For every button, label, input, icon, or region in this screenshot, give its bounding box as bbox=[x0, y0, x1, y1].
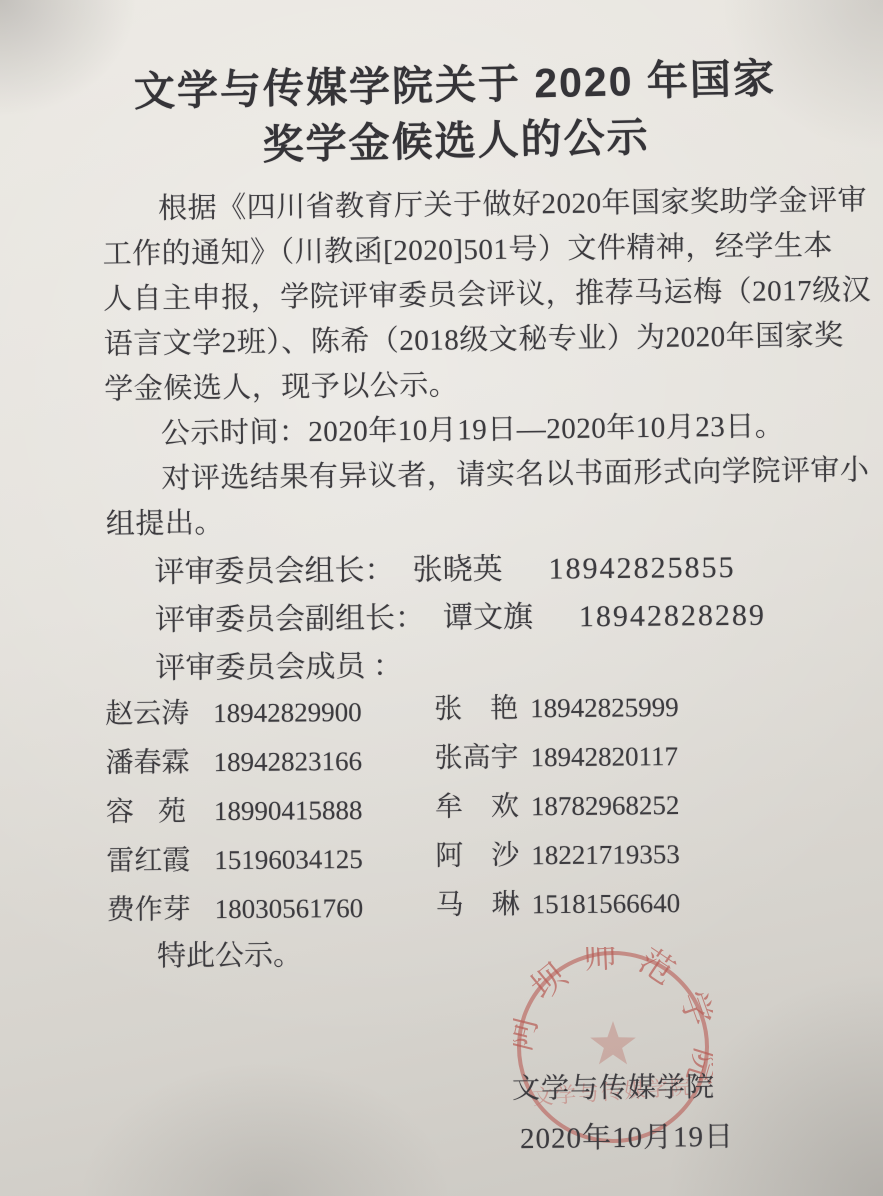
member-phone: 18942820117 bbox=[530, 741, 678, 772]
chair-phone: 18942825855 bbox=[548, 551, 735, 586]
member-name: 容苑 bbox=[106, 788, 186, 837]
member-name: 张高宇 bbox=[434, 734, 518, 783]
member-name: 张艳 bbox=[434, 685, 518, 734]
vice-chair-phone: 18942828289 bbox=[579, 599, 766, 634]
member-phone: 18942829900 bbox=[213, 697, 362, 728]
member-row: 阿沙18221719353 bbox=[435, 830, 680, 881]
objection-line-2: 组提出。 bbox=[106, 494, 854, 548]
member-name: 马琳 bbox=[436, 881, 520, 930]
member-row: 张艳18942825999 bbox=[434, 683, 679, 734]
committee-vice-chair-row: 评审委员会副组长：谭文旗18942828289 bbox=[155, 591, 855, 645]
member-row: 牟欢18782968252 bbox=[435, 781, 680, 832]
member-phone: 15196034125 bbox=[214, 844, 363, 875]
member-row: 雷红霞15196034125 bbox=[106, 835, 363, 886]
members-right-column: 张艳18942825999 张高宇18942820117 牟欢187829682… bbox=[434, 683, 680, 930]
member-phone: 18942825999 bbox=[530, 692, 679, 723]
member-row: 容苑18990415888 bbox=[106, 786, 363, 837]
committee-chair-row: 评审委员会组长：张晓英18942825855 bbox=[154, 543, 854, 597]
body-paragraphs: 根据《四川省教育厅关于做好2020年国家奖助学金评审 工作的通知》（川教函[20… bbox=[102, 179, 854, 548]
member-name: 牟欢 bbox=[435, 783, 519, 832]
objection-line-1: 对评选结果有异议者，请实名以书面形式向学院评审小 bbox=[105, 449, 853, 503]
member-name: 潘春霖 bbox=[105, 739, 185, 788]
member-row: 赵云涛18942829900 bbox=[105, 688, 362, 739]
vice-chair-name: 谭文旗 bbox=[443, 601, 533, 635]
closing-line: 特此公示。 bbox=[157, 932, 302, 974]
member-phone: 18221719353 bbox=[531, 839, 680, 870]
member-name: 雷红霞 bbox=[106, 837, 186, 886]
member-row: 张高宇18942820117 bbox=[434, 732, 679, 783]
member-name: 阿沙 bbox=[435, 832, 519, 881]
chair-name: 张晓英 bbox=[412, 553, 502, 587]
member-phone: 18990415888 bbox=[214, 795, 363, 826]
seal-ring bbox=[519, 953, 707, 1141]
seal-star-icon bbox=[590, 1021, 636, 1064]
body-text-line: 语言文学2班）、陈希（2018级文秘专业）为2020年国家奖 bbox=[103, 314, 851, 368]
member-name: 赵云涛 bbox=[105, 690, 185, 739]
member-row: 马琳15181566640 bbox=[436, 879, 681, 930]
member-row: 费作芽18030561760 bbox=[107, 884, 364, 935]
signature-date: 2020年10月19日 bbox=[520, 1114, 734, 1157]
members-left-column: 赵云涛18942829900 潘春霖18942823166 容苑18990415… bbox=[105, 688, 363, 935]
announcement-document: 文学与传媒学院关于 2020 年国家 奖学金候选人的公示 根据《四川省教育厅关于… bbox=[0, 0, 883, 1196]
vice-chair-label: 评审委员会副组长： bbox=[155, 602, 425, 637]
member-name: 费作芽 bbox=[107, 886, 187, 935]
member-phone: 18782968252 bbox=[531, 790, 680, 821]
committee-section: 评审委员会组长：张晓英18942825855 评审委员会副组长：谭文旗18942… bbox=[154, 543, 855, 693]
member-phone: 18030561760 bbox=[215, 893, 364, 924]
member-phone: 15181566640 bbox=[532, 888, 681, 919]
page-title: 文学与传媒学院关于 2020 年国家 奖学金候选人的公示 bbox=[13, 48, 883, 178]
member-row: 潘春霖18942823166 bbox=[105, 737, 362, 788]
member-phone: 18942823166 bbox=[213, 746, 362, 777]
chair-label: 评审委员会组长： bbox=[154, 554, 394, 589]
signature-organization: 文学与传媒学院 bbox=[512, 1065, 715, 1107]
